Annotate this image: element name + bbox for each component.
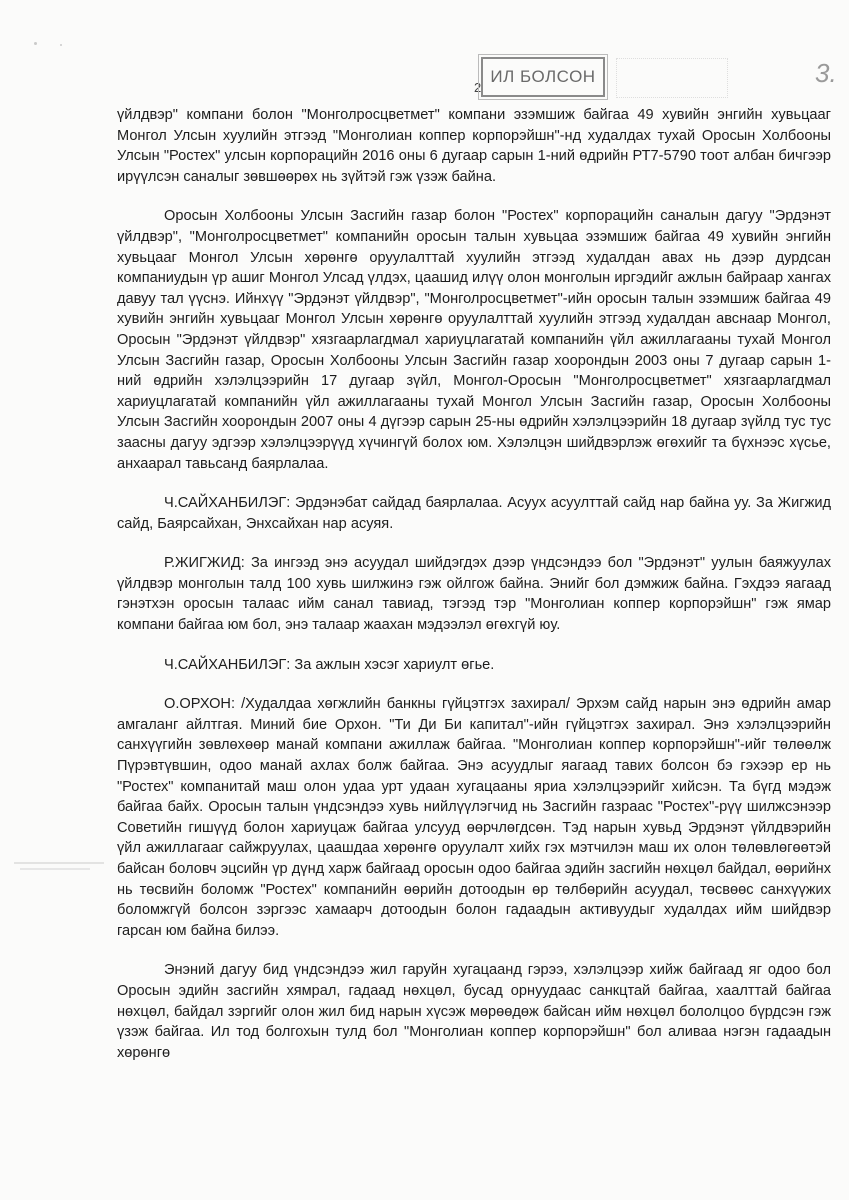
scan-speck [60,44,62,46]
speaker-name: Р.ЖИГЖИД: [164,555,245,571]
paragraph-continuation-orkhon: Энэний дагуу бид үндсэндээ жил гаруйн ху… [117,960,831,1063]
speech-text: За ажлын хэсэг хариулт өгье. [290,657,494,673]
declassified-stamp: ИЛ БОЛСОН [481,57,605,97]
handwritten-page-number: 3. [815,58,837,89]
speech-saikhanbileg-1: Ч.САЙХАНБИЛЭГ: Эрдэнэбат сайдад баярлала… [117,493,831,534]
scan-speck [20,868,90,870]
speech-text: /Худалдаа хөгжлийн банкны гүйцэтгэх захи… [117,696,831,939]
speaker-name: Ч.САЙХАНБИЛЭГ: [164,495,290,511]
speech-orkhon: О.ОРХОН: /Худалдаа хөгжлийн банкны гүйцэ… [117,694,831,941]
document-body: үйлдвэр" компани болон "Монголросцветмет… [117,105,831,1082]
paragraph-proposal: Оросын Холбооны Улсын Засгийн газар боло… [117,206,831,474]
faint-stamp-box [616,58,728,98]
speech-jigjid: Р.ЖИГЖИД: За ингээд энэ асуудал шийдэгдэ… [117,553,831,635]
stamp-label: ИЛ БОЛСОН [490,67,595,87]
paragraph-continuation: үйлдвэр" компани болон "Монголросцветмет… [117,105,831,187]
scan-speck [34,42,37,45]
scan-speck [14,862,104,864]
speaker-name: Ч.САЙХАНБИЛЭГ: [164,657,290,673]
speaker-name: О.ОРХОН: [164,696,235,712]
speech-saikhanbileg-2: Ч.САЙХАНБИЛЭГ: За ажлын хэсэг хариулт өг… [117,655,831,676]
